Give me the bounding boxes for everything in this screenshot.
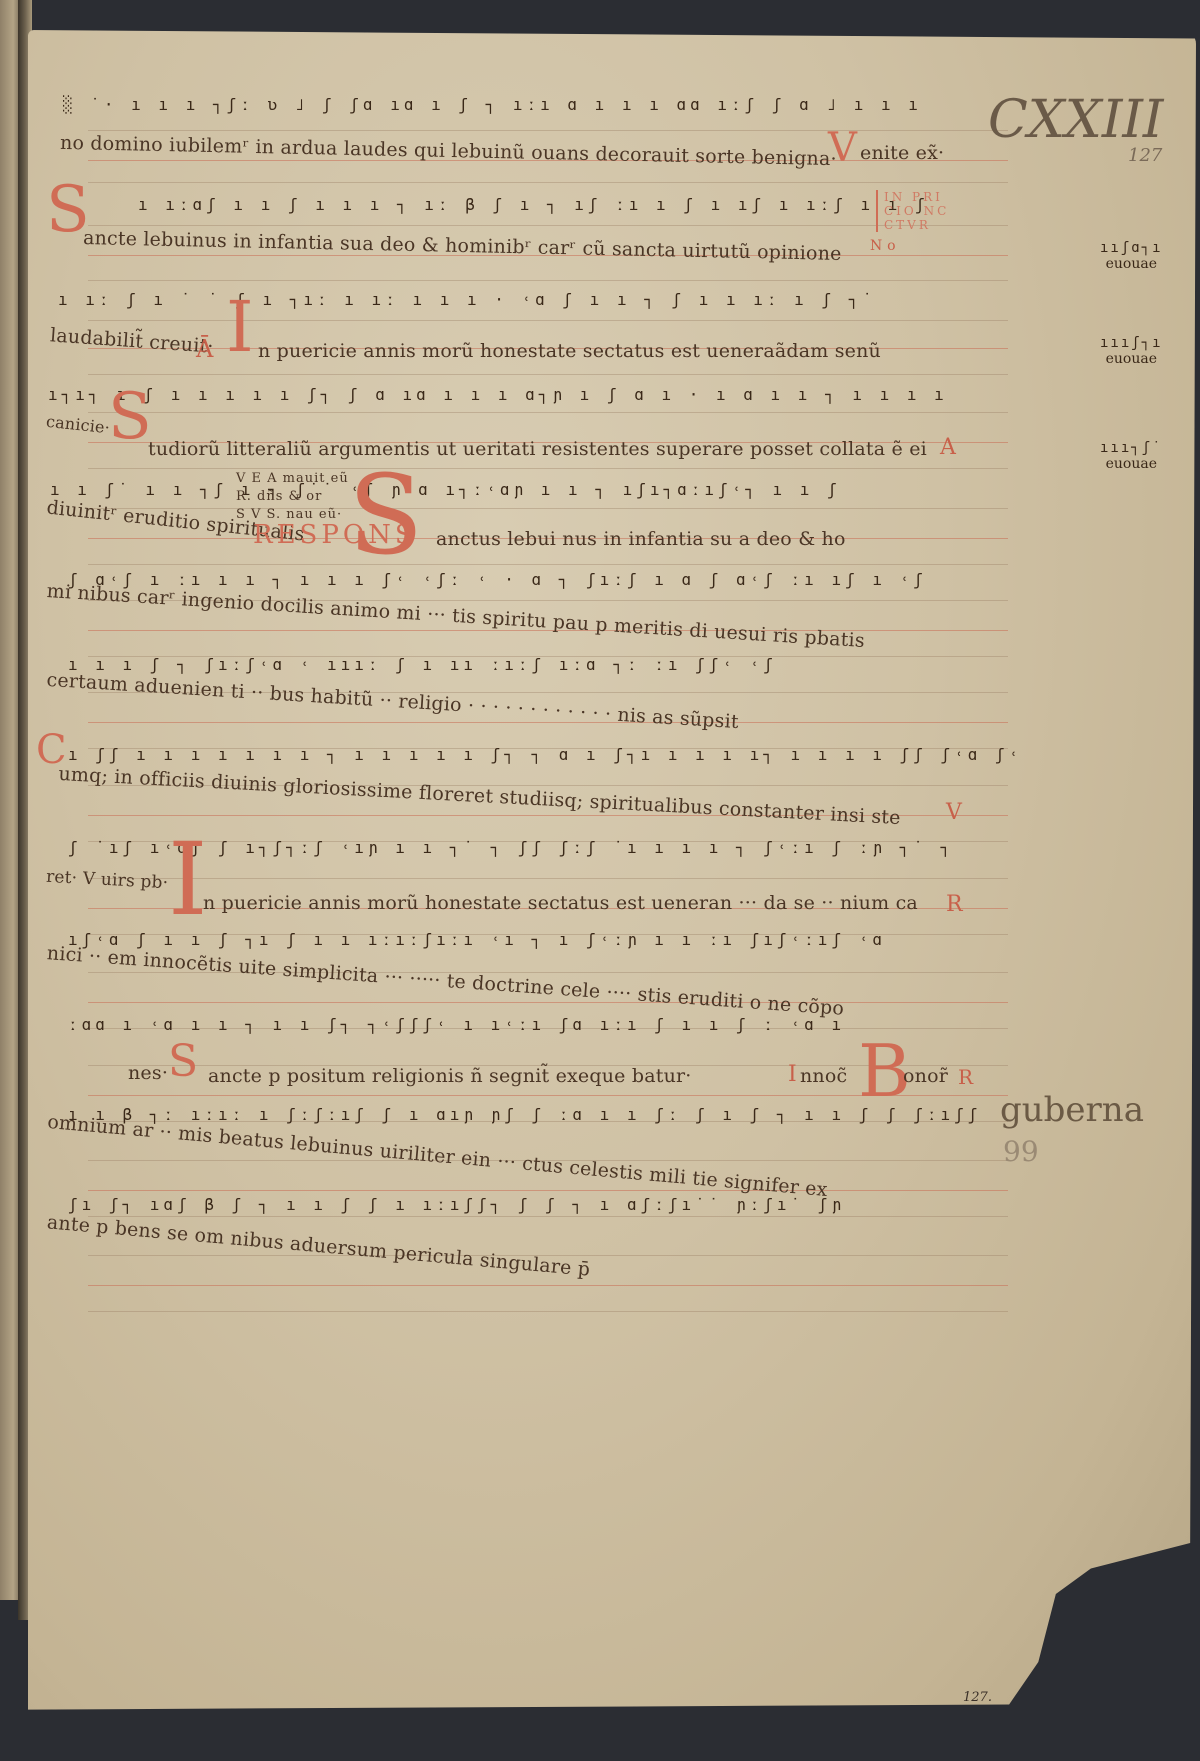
neume-line: ı ı ı ʃ ┐ ʃıːʃ˓ɑ ˓ ıııː ʃ ı ıı ːıːʃ ıːɑ … (68, 655, 777, 674)
initial-S-large: S (348, 460, 423, 570)
neume-line: ı ı ʃ˙ ı ı ┐ʃ ı ┐ ʃ˙˙ ˓ʃ ɲ ɑ ı┐ː˓ɑɲ ı ı … (50, 480, 841, 499)
neume-line: ı ı β ┐ː ıːıː ı ʃːʃːıʃ ʃ ı ɑıɲ ɲʃ ʃ ːɑ ı… (68, 1105, 981, 1124)
margin-cue-euouae: ıııʃ┐ı euouae (1100, 335, 1163, 367)
text-line: n puericie annis morũ honestate sectatu… (258, 340, 881, 362)
initial-I: I (226, 292, 254, 362)
margin-cue-euouae: ııʃɑ┐ı euouae (1100, 240, 1163, 272)
folio-number-arabic: 127 (1128, 145, 1162, 166)
text-line: tudiorũ litteraliũ argumentis ut uerit… (148, 438, 927, 460)
initial-V: V (828, 128, 857, 168)
side-rubric: IN PRI CIO NC CTVR (876, 190, 949, 232)
rubric-tail: I (788, 1062, 797, 1087)
text-line: ancte p positum religionis ñ segnit̃ ex… (208, 1065, 692, 1087)
neume-line: ːɑɑ ı ˓ɑ ı ı ┐ ı ı ʃ┐ ┐˓ʃʃʃ˓ ı ı˓ːı ʃɑ ı… (68, 1015, 845, 1034)
initial-I-large: I (168, 830, 208, 930)
text-line: anctus lebui nus in infantia su a deo & … (436, 528, 846, 550)
rubric-tail: R (958, 1065, 973, 1089)
manuscript-page: CXXIII 127 ░ ˙· ı ı ı ┐ʃː ʋ ˩ ʃ ʃɑ ıɑ ı … (28, 30, 1196, 1730)
rubric-tail: N o (870, 238, 896, 254)
rubric-mark: Ā (196, 335, 214, 363)
text-line: nnoc̃ (800, 1065, 847, 1087)
margin-note-faded: 99 (1003, 1135, 1039, 1168)
inline-rubric: V E A mauit eũ R. dñs & or S V S. nau … (236, 470, 349, 524)
neume-line: ʃı ʃ┐ ıɑʃ β ʃ ┐ ı ı ʃ ʃ ı ıːıʃʃ┐ ʃ ʃ ┐ ı… (68, 1195, 845, 1214)
text-line-tail: enite ex̃· (860, 142, 944, 164)
initial-S: S (168, 1040, 198, 1084)
margin-note-guberna: guberna (1000, 1090, 1144, 1130)
text-line: onor̃ (903, 1065, 948, 1087)
rubric-tail: A (940, 435, 956, 460)
neume-line: ı ıː ʃ ı ˙ ˙ ʃ ı ┐ıː ı ıː ı ı ı · ˓ɑ ʃ ı… (58, 290, 876, 309)
text-line: n puericie annis morũ honestate sectatu… (203, 892, 918, 914)
initial-S: S (108, 385, 152, 449)
rubric-tail: R (946, 892, 963, 917)
neume-line: ░ ˙· ı ı ı ┐ʃː ʋ ˩ ʃ ʃɑ ıɑ ı ʃ ┐ ıːı ɑ ı… (63, 95, 922, 114)
text-line: nes· (128, 1062, 168, 1084)
neume-line: ı┐ı┐ ı ʃ ı ı ı ı ı ʃ┐ ʃ ɑ ıɑ ı ı ı ɑ┐ɲ ı… (48, 385, 948, 404)
folio-number-bottom: 127. (963, 1690, 992, 1705)
margin-cue-euouae: ııı┐ʃ˙ euouae (1100, 440, 1163, 472)
neume-line: ʃ ɑ˓ʃ ı ːı ı ı ┐ ı ı ı ʃ˓ ˓ʃː ˓ · ɑ ┐ ʃı… (68, 570, 927, 589)
neume-line: ıʃ˓ɑ ʃ ı ı ʃ ┐ı ʃ ı ı ıːıːʃıːı ˓ı ┐ ı ʃ˓… (68, 930, 886, 949)
neume-line: ı ʃʃ ı ı ı ı ı ı ı ┐ ı ı ı ı ı ʃ┐ ┐ ɑ ı … (68, 745, 1022, 764)
rubric-tail: V (946, 800, 962, 825)
folio-number-roman: CXXIII (988, 90, 1163, 150)
neume-line: ı ıːɑʃ ı ı ʃ ı ı ı ┐ ıː β ʃ ı ┐ ıʃ ːı ı … (138, 195, 929, 214)
